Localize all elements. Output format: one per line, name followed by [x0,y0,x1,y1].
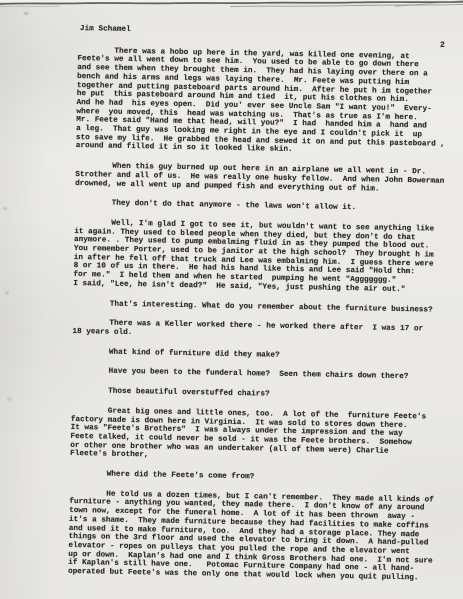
ink-smudge [6,396,13,402]
paragraph: There was a Keller worked there - he wor… [72,319,441,343]
paragraph: When this guy burned up out here in an a… [75,162,444,195]
author-name: Jim Schamel [80,25,447,40]
paragraph: Those beautiful overstuffed chairs? [71,387,440,402]
paragraph: Well, I'm glad I got to see it, but woul… [73,219,443,295]
paragraph: Where did the Feete's come from? [70,470,439,485]
paragraph: Great big ones and little ones, too. A l… [70,407,440,466]
ink-smudge [2,206,8,211]
paragraph: What kind of furniture did they make? [72,348,441,363]
paragraph: They don't do that anymore - the laws wo… [75,199,444,214]
ink-smudge [4,290,10,296]
paragraph: Have you been to the funderal home? Seen… [72,367,441,382]
scan-top-edge [0,0,463,16]
document-text: Jim Schamel There was a hobo up here in … [68,25,447,594]
paragraph: That's interesting. What do you remember… [73,300,442,315]
scanned-page: 2 Jim Schamel There was a hobo up here i… [0,0,463,599]
paragraph: He told us a dozen times, but I can't re… [68,490,439,584]
paragraph: There was a hobo up here in the yard, wa… [76,47,447,158]
